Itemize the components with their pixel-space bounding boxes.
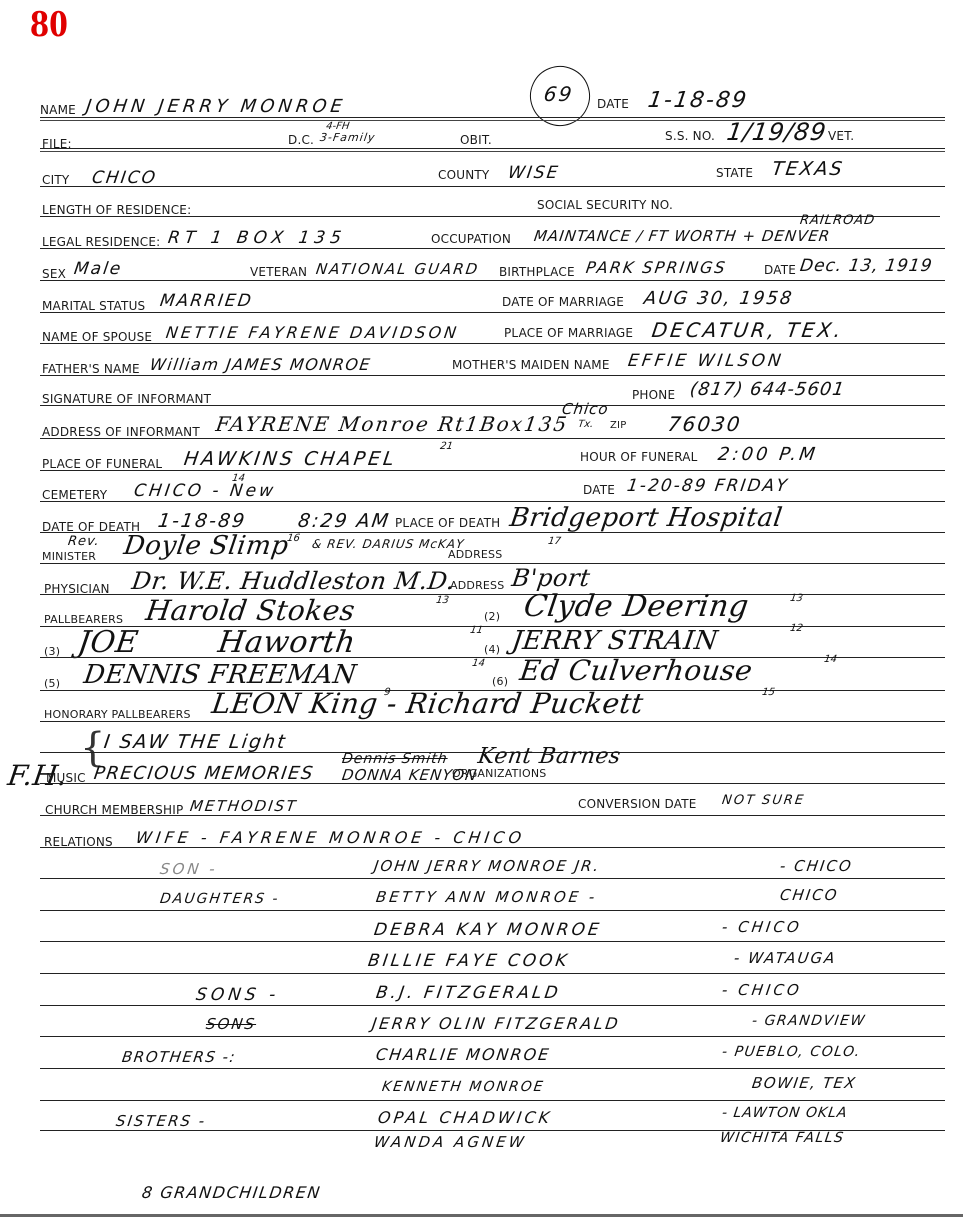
address-city-note: Chico xyxy=(561,402,610,417)
sex-label: SEX xyxy=(42,268,66,280)
relations-line-0 xyxy=(40,847,945,848)
date-label: DATE xyxy=(597,98,629,110)
grandchildren-note: 8 GRANDCHILDREN xyxy=(141,1185,322,1201)
relation-9-place: WICHITA FALLS xyxy=(719,1131,845,1145)
date-of-marriage-value: AUG 30, 1958 xyxy=(643,290,795,308)
relations-wife: WIFE - FAYRENE MONROE - CHICO xyxy=(135,830,526,846)
vet-label: VET. xyxy=(828,130,854,142)
relation-1-place: CHICO xyxy=(779,888,840,903)
veteran-value: NATIONAL GUARD xyxy=(315,262,480,277)
place-of-funeral-note: 21 xyxy=(439,442,453,452)
relation-1-name: BETTY ANN MONROE - xyxy=(375,890,598,905)
funeral-date-value: 1-20-89 FRIDAY xyxy=(626,478,790,495)
mothers-maiden-name-value: EFFIE WILSON xyxy=(627,353,785,370)
address-of-informant-value: FAYRENE Monroe Rt1Box135 xyxy=(215,414,570,434)
date-of-marriage-label: DATE OF MARRIAGE xyxy=(502,296,624,308)
veteran-label: VETERAN xyxy=(250,266,307,278)
music-performer-struck: Dennis Smith xyxy=(341,752,449,766)
pallbearer-1: Harold Stokes xyxy=(144,597,357,625)
county-label: COUNTY xyxy=(438,169,489,181)
dc-label: D.C. xyxy=(288,134,314,146)
relation-2-name: DEBRA KAY MONROE xyxy=(373,922,603,939)
cemetery-label: CEMETERY xyxy=(42,489,107,501)
state-label: STATE xyxy=(716,167,753,179)
relations-line-8 xyxy=(40,1100,945,1101)
organizations-label: ORGANIZATIONS xyxy=(452,768,546,779)
music-song-2: PRECIOUS MEMORIES xyxy=(93,765,315,783)
pallbearer-2-note: 13 xyxy=(789,594,803,604)
funeral-date-label: DATE xyxy=(583,484,615,496)
music-performer-1: Kent Barnes xyxy=(476,746,622,768)
pallbearer-4: JERRY STRAIN xyxy=(510,628,719,654)
relation-6-place: - PUEBLO, COLO. xyxy=(721,1045,862,1059)
mothers-maiden-name-label: MOTHER'S MAIDEN NAME xyxy=(452,359,610,371)
conversion-date-label: CONVERSION DATE xyxy=(578,798,697,810)
relation-3-place: - WATAUGA xyxy=(733,951,837,966)
relation-4-rel: SONS - xyxy=(195,987,281,1004)
relation-0-place: - CHICO xyxy=(779,859,854,874)
pallbearer-6-num: (6) xyxy=(492,676,508,687)
relation-1-rel: DAUGHTERS - xyxy=(159,892,280,906)
relation-0-name: JOHN JERRY MONROE JR. xyxy=(373,859,601,874)
relation-8-place: - LAWTON OKLA xyxy=(721,1106,849,1120)
ss-no-label-top: S.S. NO. xyxy=(665,130,715,142)
birth-date-value: Dec. 13, 1919 xyxy=(799,258,934,275)
pallbearer-2: Clyde Deering xyxy=(522,592,751,622)
pallbearer-5: DENNIS FREEMAN xyxy=(82,662,358,688)
relation-2-place: - CHICO xyxy=(721,920,803,935)
date-of-death-value: 1-18-89 xyxy=(157,512,248,531)
spouse-value: NETTIE FAYRENE DAVIDSON xyxy=(165,325,460,341)
zip-value: 76030 xyxy=(667,414,743,434)
pallbearer-3-note: 11 xyxy=(469,626,483,636)
birth-date-label: DATE xyxy=(764,264,796,276)
physician-address-value: B'port xyxy=(510,566,592,590)
honorary-pallbearers-value: LEON King - Richard Puckett xyxy=(210,690,645,718)
pallbearer-5-note: 14 xyxy=(471,659,485,669)
social-security-label: SOCIAL SECURITY NO. xyxy=(537,199,673,211)
place-of-marriage-value: DECATUR, TEX. xyxy=(651,320,845,340)
honorary-pallbearers-label: HONORARY PALLBEARERS xyxy=(44,709,191,720)
minister-label: MINISTER xyxy=(42,551,96,562)
funeral-line xyxy=(40,470,945,471)
occupation-note: RAILROAD xyxy=(799,214,876,227)
name-value: JOHN JERRY MONROE xyxy=(85,98,347,116)
dc-value: 3-Family xyxy=(319,132,376,143)
conversion-date-value: NOT SURE xyxy=(721,794,806,807)
pallbearer-4-note: 12 xyxy=(789,624,803,634)
place-of-death-value: Bridgeport Hospital xyxy=(508,505,784,531)
legal-residence-value: RT 1 BOX 135 xyxy=(167,230,347,247)
cemetery-line xyxy=(40,501,945,502)
pallbearer-3-num: (3) xyxy=(44,646,60,657)
relations-line-4 xyxy=(40,973,945,974)
page-number: 80 xyxy=(30,2,68,46)
minister-prefix: Rev. xyxy=(67,535,101,548)
city-value: CHICO xyxy=(91,170,158,187)
relation-6-rel: BROTHERS -: xyxy=(121,1050,237,1065)
state-value: TEXAS xyxy=(771,160,845,179)
relations-line-6 xyxy=(40,1036,945,1037)
signature-line xyxy=(40,405,945,406)
address-of-informant-label: ADDRESS OF INFORMANT xyxy=(42,426,200,438)
minister-address-label: ADDRESS xyxy=(448,549,502,560)
obit-label: OBIT. xyxy=(460,134,492,146)
pallbearer-5-num: (5) xyxy=(44,678,60,689)
minister-value: Doyle Slimp xyxy=(122,533,290,559)
relation-5-place: - GRANDVIEW xyxy=(751,1014,867,1028)
pallbearer-3: JOE Haworth xyxy=(76,628,358,658)
hour-of-funeral-label: HOUR OF FUNERAL xyxy=(580,451,698,463)
occupation-label: OCCUPATION xyxy=(431,233,511,245)
pallbearer-2-num: (2) xyxy=(484,611,500,622)
ss-no-value-top: 1/19/89 xyxy=(725,120,828,144)
city-label: CITY xyxy=(42,174,69,186)
birthplace-label: BIRTHPLACE xyxy=(499,266,575,278)
zip-label: ZIP xyxy=(610,421,626,431)
sex-value: Male xyxy=(73,261,124,278)
music-line xyxy=(40,783,945,784)
relation-7-place: BOWIE, TEX xyxy=(751,1076,857,1091)
relations-line-2 xyxy=(40,910,945,911)
time-of-death-value: 8:29 AM xyxy=(297,512,392,531)
pallbearer-6-note: 14 xyxy=(823,655,837,665)
address-state-note: Tx. xyxy=(577,420,594,430)
relation-8-rel: SISTERS - xyxy=(115,1114,207,1129)
legal-residence-label: LEGAL RESIDENCE: xyxy=(42,236,160,248)
minister-note-2: 17 xyxy=(547,537,561,547)
relation-5-name: JERRY OLIN FITZGERALD xyxy=(371,1016,621,1032)
relation-5-rel: SONS xyxy=(205,1017,257,1032)
spouse-line xyxy=(40,343,945,344)
relations-line-5 xyxy=(40,1005,945,1006)
name-label: NAME xyxy=(40,104,76,116)
signature-of-informant-label: SIGNATURE OF INFORMANT xyxy=(42,393,211,405)
relations-line-1 xyxy=(40,878,945,879)
place-of-funeral-value: HAWKINS CHAPEL xyxy=(183,450,398,469)
relations-line-3 xyxy=(40,941,945,942)
file-line xyxy=(40,148,945,149)
county-value: WISE xyxy=(507,165,561,182)
church-line xyxy=(40,815,945,816)
address-line xyxy=(40,438,945,439)
hour-of-funeral-value: 2:00 P.M xyxy=(717,446,819,464)
minister-note-1: 16 xyxy=(286,534,300,544)
pallbearer-4-num: (4) xyxy=(484,644,500,655)
city-line xyxy=(40,186,945,187)
honorary-note-2: 15 xyxy=(761,688,775,698)
pallbearers-line-2 xyxy=(40,657,945,658)
phone-value: (817) 644-5601 xyxy=(689,381,846,399)
place-of-death-label: PLACE OF DEATH xyxy=(395,517,500,529)
phone-label: PHONE xyxy=(632,389,675,401)
relation-4-name: B.J. FITZGERALD xyxy=(375,985,562,1002)
birthplace-value: PARK SPRINGS xyxy=(585,260,728,276)
marital-line xyxy=(40,312,945,313)
pallbearers-label: PALLBEARERS xyxy=(44,614,123,625)
honorary-line xyxy=(40,721,945,722)
physician-address-label: ADDRESS xyxy=(450,580,504,591)
circled-number: 69 xyxy=(543,84,575,104)
pallbearer-1-note: 13 xyxy=(435,596,449,606)
music-song-1: I SAW THE Light xyxy=(103,733,288,752)
pallbearer-6: Ed Culverhouse xyxy=(518,657,754,685)
relation-4-place: - CHICO xyxy=(721,983,803,998)
date-value: 1-18-89 xyxy=(646,90,749,112)
spouse-label: NAME OF SPOUSE xyxy=(42,331,152,343)
fathers-name-value: William JAMES MONROE xyxy=(149,357,372,373)
relation-3-name: BILLIE FAYE COOK xyxy=(367,953,571,970)
place-of-marriage-label: PLACE OF MARRIAGE xyxy=(504,327,633,339)
minister-second: & REV. DARIUS McKAY xyxy=(311,538,465,550)
legal-residence-line xyxy=(40,248,945,249)
place-of-funeral-label: PLACE OF FUNERAL xyxy=(42,458,162,470)
relation-6-name: CHARLIE MONROE xyxy=(375,1047,552,1063)
marital-status-label: MARITAL STATUS xyxy=(42,300,145,312)
occupation-value: MAINTANCE / FT WORTH + DENVER xyxy=(533,229,831,244)
relations-line-7 xyxy=(40,1068,945,1069)
cemetery-value: CHICO - New xyxy=(133,483,277,500)
relation-9-name: WANDA AGNEW xyxy=(373,1135,528,1150)
minister-line xyxy=(40,563,945,564)
church-membership-value: METHODIST xyxy=(189,799,298,814)
fathers-line xyxy=(40,375,945,376)
marital-status-value: MARRIED xyxy=(159,293,254,310)
physician-value: Dr. W.E. Huddleston M.D. xyxy=(130,569,456,593)
relation-0-rel: SON - xyxy=(159,862,219,877)
relation-7-name: KENNETH MONROE xyxy=(381,1080,545,1094)
fathers-name-label: FATHER'S NAME xyxy=(42,363,140,375)
brace-mark: { xyxy=(80,728,105,768)
relation-8-name: OPAL CHADWICK xyxy=(377,1110,553,1126)
length-of-residence-label: LENGTH OF RESIDENCE: xyxy=(42,204,191,216)
sex-line xyxy=(40,280,945,281)
